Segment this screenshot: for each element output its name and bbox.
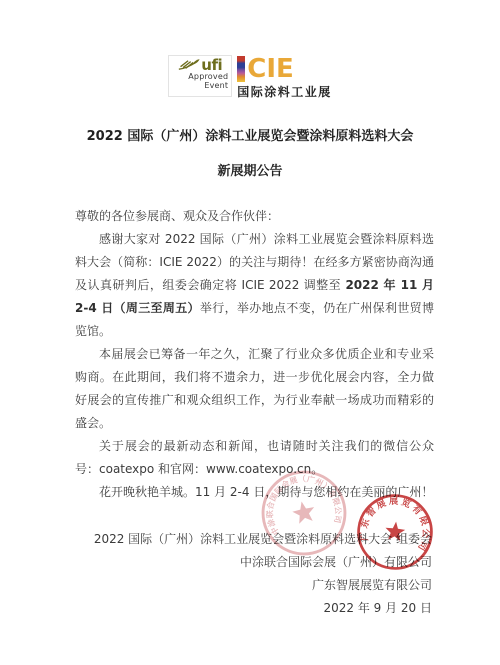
icie-wordmark: CIE	[237, 55, 294, 82]
paragraph-reschedule: 感谢大家对 2022 国际（广州）涂料工业展览会暨涂料原料选料大会（简称：ICI…	[75, 228, 434, 343]
document-title-line2: 新展期公告	[0, 162, 500, 181]
ufi-approved-text: Approved	[188, 72, 228, 81]
ufi-wordmark: ufi	[178, 58, 222, 72]
paragraph-preparation: 本届展会已筹备一年之久，汇聚了行业众多优质企业和专业采购商。在此期间，我们将不遗…	[75, 343, 434, 435]
icie-i-bar-icon	[237, 56, 245, 82]
icie-logo: CIE 国际涂料工业展	[237, 55, 332, 100]
signature-date: 2022 年 9 月 20 日	[0, 597, 432, 620]
document-title-line1: 2022 国际（广州）涂料工业展览会暨涂料原料选料大会	[40, 127, 460, 146]
ufi-text: ufi	[201, 58, 222, 72]
salutation: 尊敬的各位参展商、观众及合作伙伴：	[75, 205, 434, 228]
ufi-approved-event-logo: ufi Approved Event	[168, 55, 232, 97]
logo-header: ufi Approved Event CIE 国际涂料工业展	[0, 55, 500, 100]
signature-block: 2022 国际（广州）涂料工业展览会暨涂料原料选料大会 组委会 中涂联合国际会展…	[0, 528, 432, 620]
paragraph-closing: 花开晚秋艳羊城。11 月 2-4 日，期待与您相约在美丽的广州！	[75, 481, 434, 504]
icie-subtitle: 国际涂料工业展	[237, 83, 332, 100]
signature-company-1: 中涂联合国际会展（广州）有限公司	[0, 551, 432, 574]
icie-letters: CIE	[247, 56, 294, 82]
letter-body: 尊敬的各位参展商、观众及合作伙伴： 感谢大家对 2022 国际（广州）涂料工业展…	[75, 205, 434, 504]
ufi-event-text: Event	[204, 81, 228, 90]
paragraph-contact: 关于展会的最新动态和新闻，也请随时关注我们的微信公众号：coatexpo 和官网…	[75, 435, 434, 481]
signature-committee: 2022 国际（广州）涂料工业展览会暨涂料原料选料大会 组委会	[0, 528, 432, 551]
ufi-feather-icon	[178, 58, 200, 72]
signature-company-2: 广东智展展览有限公司	[0, 574, 432, 597]
announcement-page: ufi Approved Event CIE 国际涂料工业展 2022 国际（广…	[0, 0, 500, 665]
